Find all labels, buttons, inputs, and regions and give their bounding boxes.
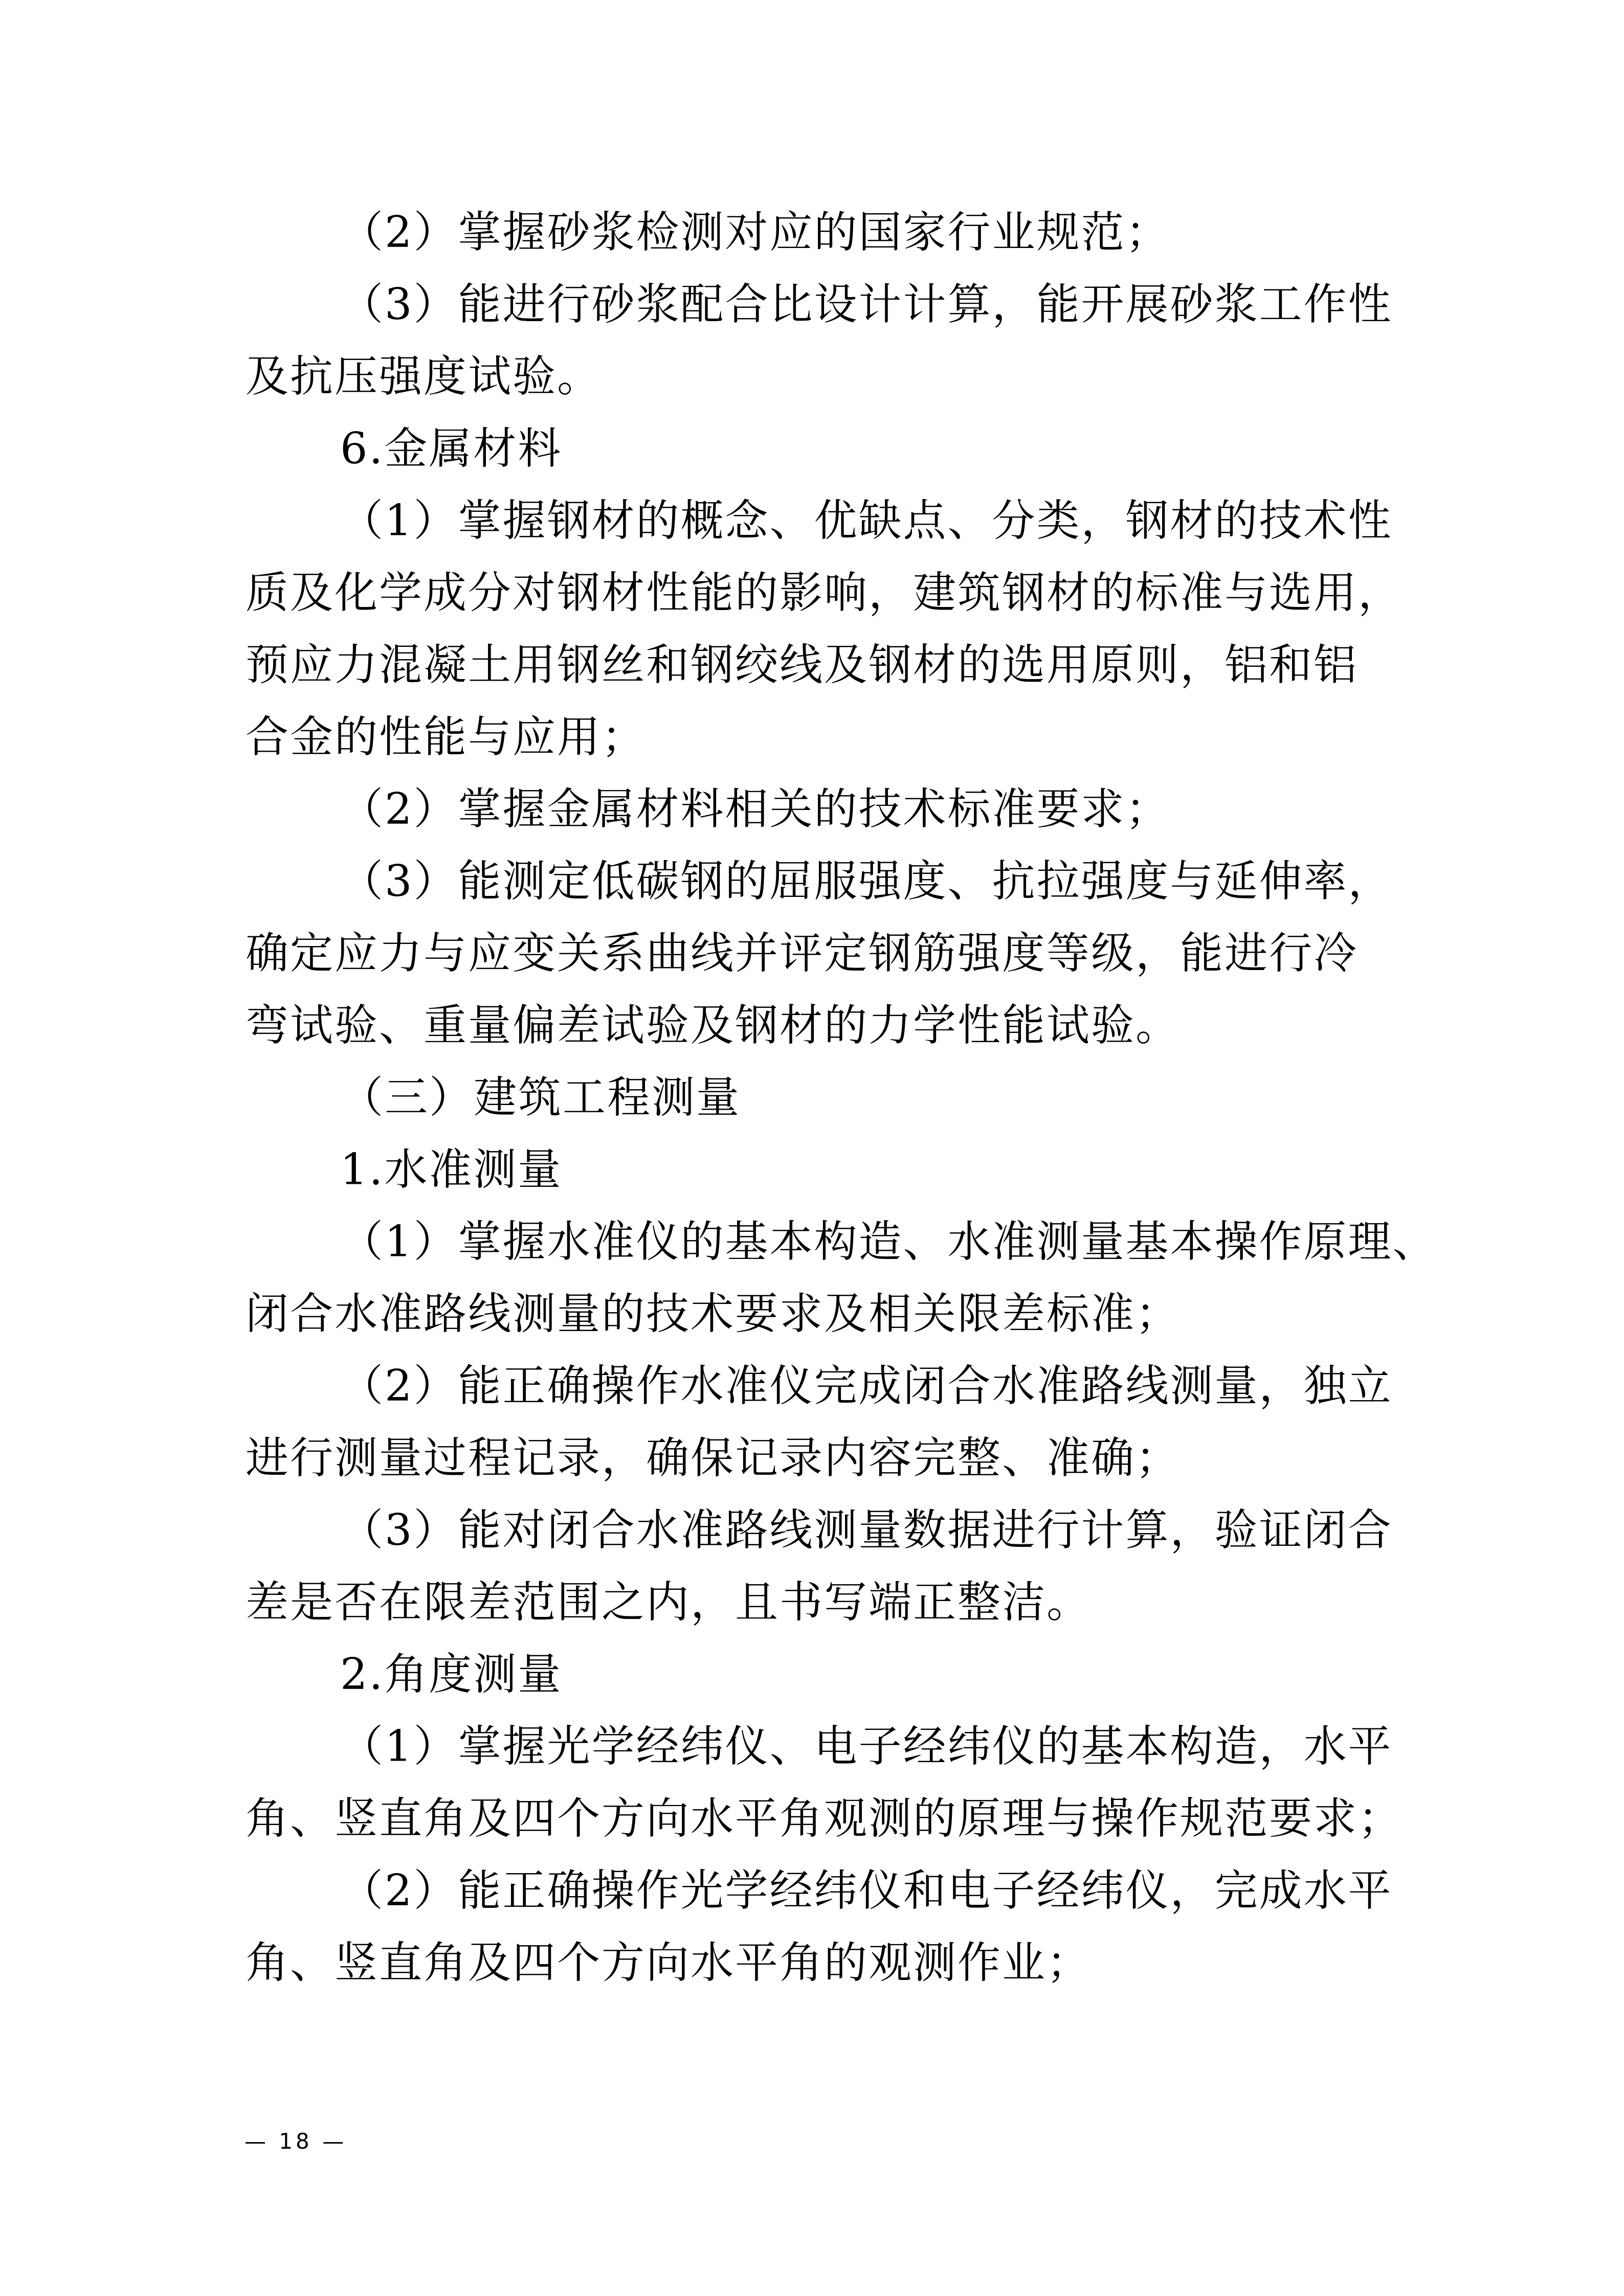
- body-text: （2）掌握砂浆检测对应的国家行业规范；（3）能进行砂浆配合比设计计算，能开展砂浆…: [246, 196, 1417, 1999]
- text-line: 6.金属材料: [246, 413, 1417, 485]
- text-line: 1.水准测量: [246, 1134, 1417, 1206]
- page-number: — 18 —: [244, 2129, 347, 2154]
- text-line: 进行测量过程记录，确保记录内容完整、准确；: [246, 1422, 1417, 1494]
- text-line: 合金的性能与应用；: [246, 701, 1417, 773]
- page-footer: — 18 —: [244, 2126, 347, 2157]
- text-line: 确定应力与应变关系曲线并评定钢筋强度等级，能进行冷: [246, 917, 1417, 989]
- text-line: 2.角度测量: [246, 1638, 1417, 1710]
- text-line: 差是否在限差范围之内，且书写端正整洁。: [246, 1566, 1417, 1638]
- document-page: （2）掌握砂浆检测对应的国家行业规范；（3）能进行砂浆配合比设计计算，能开展砂浆…: [0, 0, 1624, 2296]
- text-line: 角、竖直角及四个方向水平角观测的原理与操作规范要求；: [246, 1783, 1417, 1855]
- text-line: 及抗压强度试验。: [246, 341, 1417, 413]
- text-line: （2）掌握金属材料相关的技术标准要求；: [246, 773, 1417, 845]
- text-line: （2）掌握砂浆检测对应的国家行业规范；: [246, 196, 1417, 268]
- text-line: 预应力混凝土用钢丝和钢绞线及钢材的选用原则，铝和铝: [246, 629, 1417, 701]
- text-line: （3）能对闭合水准路线测量数据进行计算，验证闭合: [246, 1494, 1417, 1566]
- text-line: （三）建筑工程测量: [246, 1062, 1417, 1134]
- text-line: 闭合水准路线测量的技术要求及相关限差标准；: [246, 1278, 1417, 1350]
- text-line: （2）能正确操作光学经纬仪和电子经纬仪，完成水平: [246, 1855, 1417, 1927]
- text-line: （1）掌握水准仪的基本构造、水准测量基本操作原理、: [246, 1206, 1417, 1278]
- text-line: （1）掌握光学经纬仪、电子经纬仪的基本构造，水平: [246, 1710, 1417, 1783]
- text-line: 角、竖直角及四个方向水平角的观测作业；: [246, 1927, 1417, 1999]
- text-line: （1）掌握钢材的概念、优缺点、分类，钢材的技术性: [246, 485, 1417, 557]
- text-line: 弯试验、重量偏差试验及钢材的力学性能试验。: [246, 989, 1417, 1062]
- text-line: 质及化学成分对钢材性能的影响，建筑钢材的标准与选用，: [246, 557, 1417, 629]
- text-line: （3）能测定低碳钢的屈服强度、抗拉强度与延伸率，: [246, 845, 1417, 917]
- text-line: （3）能进行砂浆配合比设计计算，能开展砂浆工作性: [246, 268, 1417, 341]
- text-line: （2）能正确操作水准仪完成闭合水准路线测量，独立: [246, 1350, 1417, 1422]
